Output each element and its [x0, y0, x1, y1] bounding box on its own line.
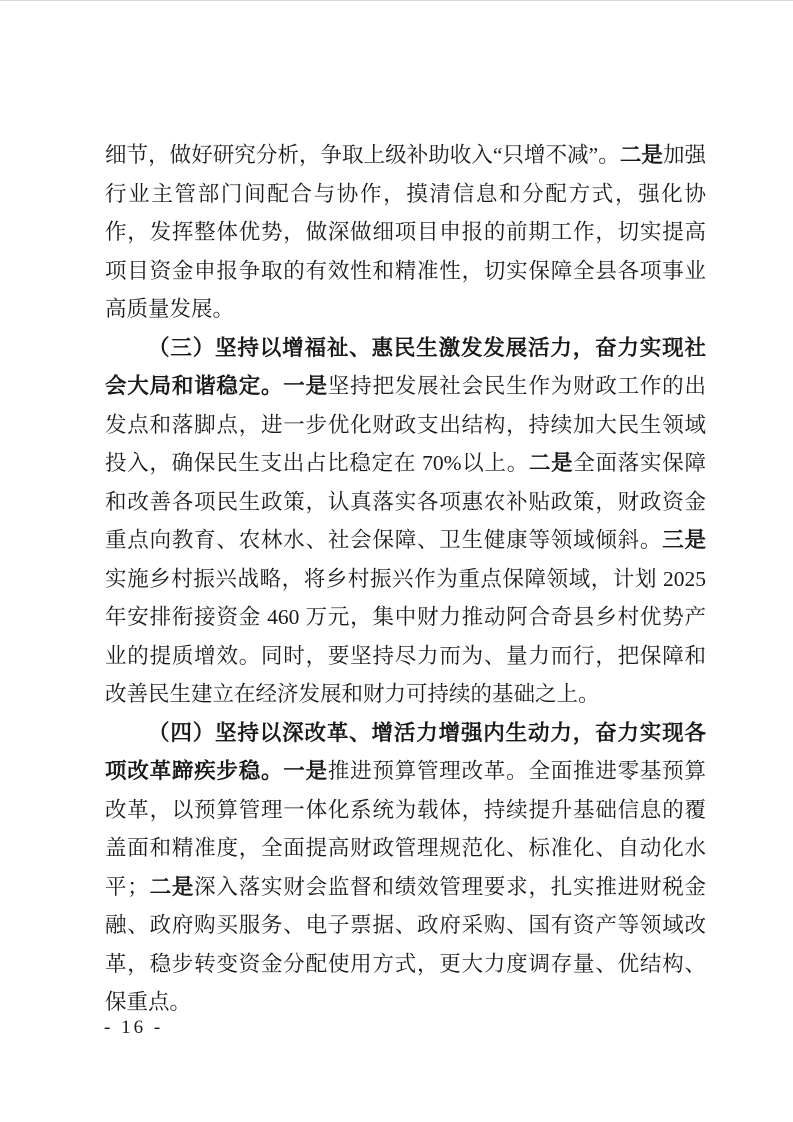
bold-text-run: 二是 — [149, 875, 194, 899]
page: 细节，做好研究分析，争取上级补助收入“只增不减”。二是加强行业主管部门间配合与协… — [0, 0, 793, 1122]
paragraph: 细节，做好研究分析，争取上级补助收入“只增不减”。二是加强行业主管部门间配合与协… — [105, 136, 706, 329]
paragraph: （四）坚持以深改革、增活力增强内生动力，奋力实现各项改革蹄疾步稳。一是推进预算管… — [105, 714, 706, 1022]
bold-text-run: 三是 — [662, 528, 706, 552]
page-number: - 16 - — [104, 1014, 163, 1042]
bold-text-run: 二是 — [529, 451, 573, 475]
text-run: 细节，做好研究分析，争取上级补助收入“只增不减”。 — [105, 143, 620, 167]
document-page-scan: { "page": { "background_color": "#ffffff… — [0, 0, 793, 1122]
bold-text-run: 二是 — [620, 143, 663, 167]
paragraph: （三）坚持以增福祉、惠民生激发发展活力，奋力实现社会大局和谐稳定。一是坚持把发展… — [105, 329, 706, 714]
text-run: 深入落实财会监督和绩效管理要求，扎实推进财税金融、政府购买服务、电子票据、政府采… — [105, 875, 706, 1015]
document-body: 细节，做好研究分析，争取上级补助收入“只增不减”。二是加强行业主管部门间配合与协… — [105, 136, 706, 1022]
text-run: 加强行业主管部门间配合与协作，摸清信息和分配方式，强化协作，发挥整体优势，做深做… — [105, 143, 706, 321]
text-run: 实施乡村振兴战略，将乡村振兴作为重点保障领域，计划 2025 年安排衔接资金 4… — [105, 567, 706, 707]
